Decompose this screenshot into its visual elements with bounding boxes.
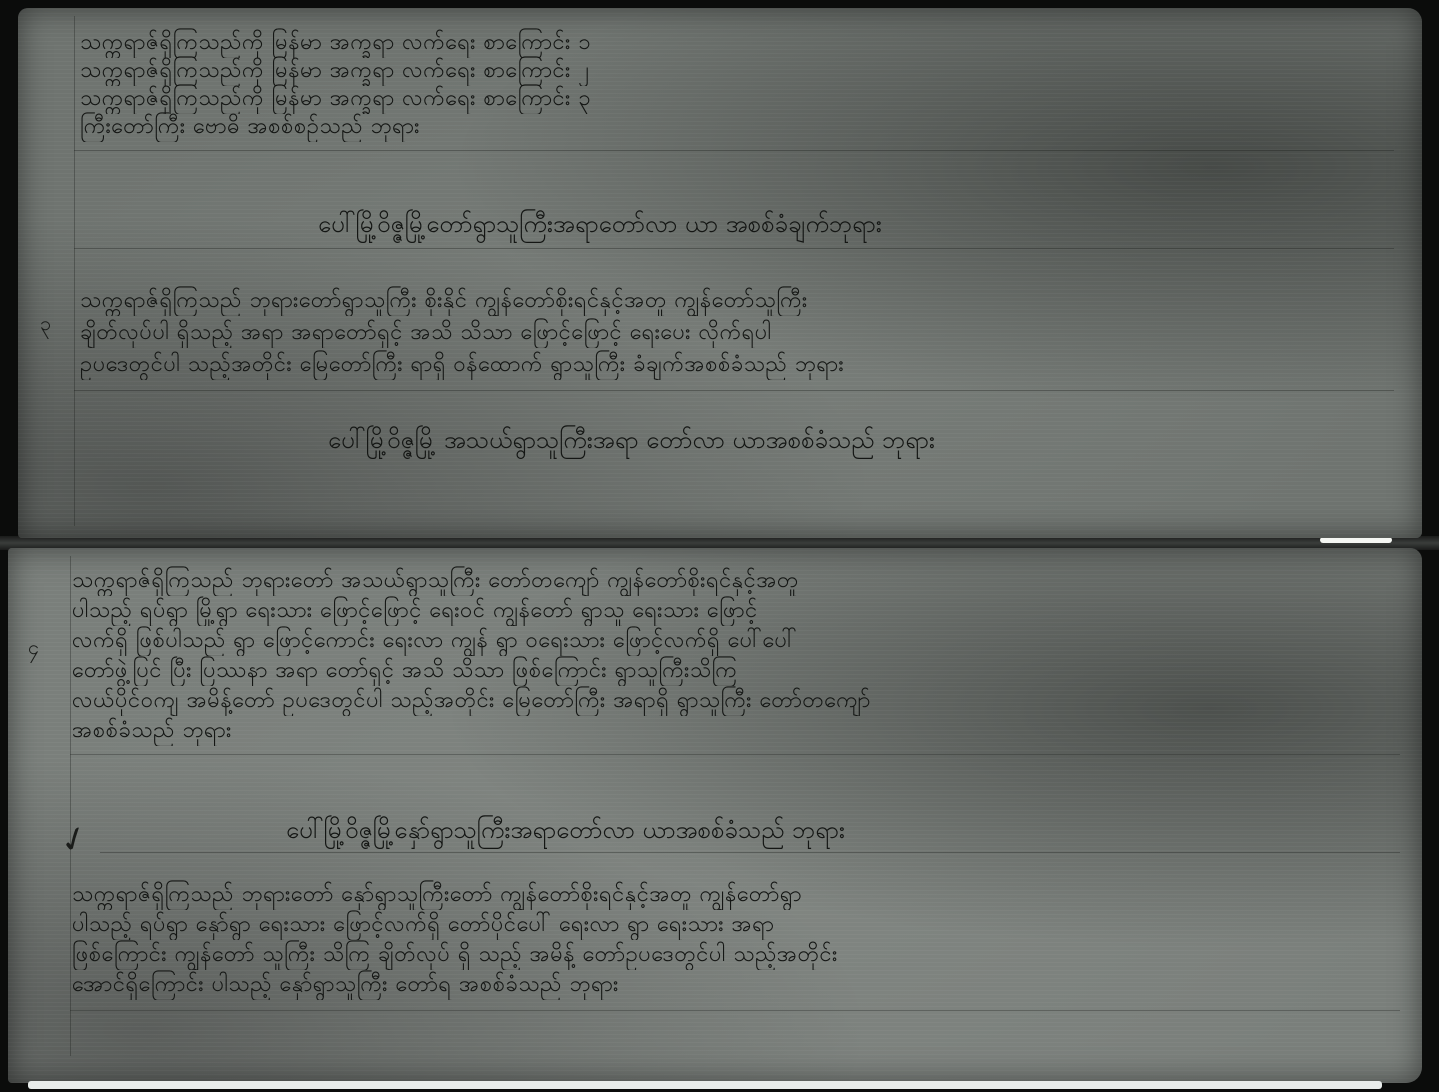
paragraph-line: ဥပဒေတွင်ပါ သည့်အတိုင်း မြေတော်ကြီး ရာရှိ…	[80, 350, 1400, 380]
margin-number: ၄	[28, 634, 39, 664]
paragraph-line: ပါသည့် ရပ်ရွာ နှော်ရွာ ရေးသား ဖြောင့်လက်…	[72, 910, 1402, 940]
paragraph-line: ပါသည့် ရပ်ရွာ မြို့ရွာ ရေးသား ဖြောင့်ဖြေ…	[72, 596, 1402, 626]
paragraph-line: သက္ကရာဇ်ရှိကြသည်ကို မြန်မာ အက္ခရာ လက်ရေး…	[80, 56, 1380, 86]
plate-edge-highlight	[28, 1081, 1382, 1089]
margin-rule	[74, 16, 75, 526]
section-heading: ပေါ်မြို့ဝိဇ္ဇမြို့နှော်ရွာသူကြီးအရာတော်…	[286, 814, 845, 846]
checkmark-annotation: ✓	[54, 816, 94, 863]
ruled-line	[74, 390, 1394, 391]
paragraph-line: သက္ကရာဇ်ရှိကြသည် ဘုရားတော် အသယ်ရွာသူကြီး…	[72, 566, 1402, 596]
ruled-line	[100, 852, 1400, 853]
manuscript-plate-top: သက္ကရာဇ်ရှိကြသည်ကို မြန်မာ အက္ခရာ လက်ရေး…	[18, 8, 1422, 538]
ruled-line	[70, 754, 1400, 755]
paragraph-line: သက္ကရာဇ်ရှိကြသည် ဘုရားတော်ရွာသူကြီး စိုး…	[80, 286, 1400, 316]
paragraph-line: အစစ်ခံသည် ဘုရား	[72, 716, 372, 746]
paragraph-line: သက္ကရာဇ်ရှိကြသည်ကို မြန်မာ အက္ခရာ လက်ရေး…	[80, 84, 1380, 114]
margin-number: ၃	[40, 310, 51, 340]
paragraph-line: လက်ရှိ ဖြစ်ပါသည် ရွာ ဖြောင့်ကောင်း ရေးလာ…	[72, 626, 1402, 656]
paragraph-line: အောင်ရှိကြောင်း ပါသည့် နှော်ရွာသူကြီး တေ…	[72, 970, 1072, 1000]
paragraph-line: ဖြစ်ကြောင်း ကျွန်တော် သူကြီး သိကြ ချိတ်လ…	[72, 940, 1402, 970]
section-heading: ပေါ်မြို့ဝိဇ္ဇမြို့ အသယ်ရွာသူကြီးအရာ တော…	[328, 424, 935, 456]
section-heading: ပေါ်မြို့ဝိဇ္ဇမြို့တော်ရွာသူကြီးအရာတော်လ…	[318, 208, 882, 240]
paragraph-line: ချိတ်လုပ်ပါ ရှိသည့် အရာ အရာတော်ရှင့် အသိ…	[80, 318, 1400, 348]
paragraph-line: သက္ကရာဇ်ရှိကြသည် ဘုရားတော် နှော်ရွာသူကြီ…	[72, 880, 1402, 910]
paragraph-line: လယ်ပိုင်ဝကျ အမိန့်တော် ဥပဒေတွင်ပါ သည့်အတ…	[72, 686, 1402, 716]
paragraph-line: ကြီးတော်ကြီး ဗောဓိ အစစ်စဉ်သည် ဘုရား	[80, 112, 840, 142]
paragraph-line: သက္ကရာဇ်ရှိကြသည်ကို မြန်မာ အက္ခရာ လက်ရေး…	[80, 28, 1380, 58]
manuscript-plate-bottom: ၄ သက္ကရာဇ်ရှိကြသည် ဘုရားတော် အသယ်ရွာသူကြ…	[8, 548, 1422, 1083]
paragraph-line: တော်ဖွဲ့ပြင် ပြီး ပြဿနာ အရာ တော်ရှင့် အသ…	[72, 656, 1402, 686]
ruled-line	[70, 1010, 1400, 1011]
margin-rule	[70, 556, 71, 1056]
ruled-line	[74, 248, 1394, 249]
ruled-line	[74, 150, 1394, 151]
